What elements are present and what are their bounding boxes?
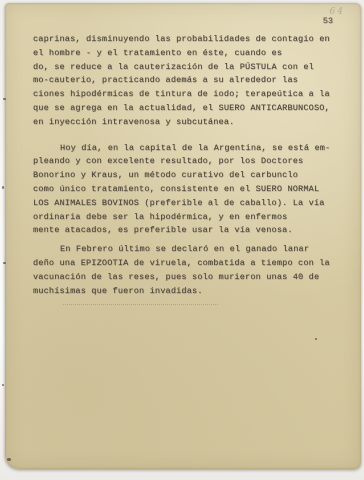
scan-background: { "page_numbers": { "handwritten": "64",… xyxy=(0,0,364,480)
scan-artifact-speck xyxy=(2,186,4,189)
paragraph-1: caprinas, disminuyendo las probabilidade… xyxy=(33,33,333,130)
text-line: caprinas, disminuyendo las probabilidade… xyxy=(33,33,333,47)
scan-artifact-speck xyxy=(3,262,6,264)
typewritten-text: caprinas, disminuyendo las probabilidade… xyxy=(33,33,333,298)
scan-artifact-speck xyxy=(7,458,11,461)
text-line: Hoy día, en la capital de la Argentina, … xyxy=(33,142,333,156)
scan-artifact-speck xyxy=(315,338,317,340)
text-line: pleando y con excelente resultado, por l… xyxy=(33,155,333,169)
paragraph-2: Hoy día, en la capital de la Argentina, … xyxy=(33,142,333,239)
text-line: que se agrega en la actualidad, el SUERO… xyxy=(33,102,333,116)
scan-artifact-speck xyxy=(3,98,6,100)
text-line: muchísimas que fueron invadidas. xyxy=(33,285,333,299)
text-line: En Febrero último se declaró en el ganad… xyxy=(33,243,333,257)
text-line: LOS ANIMALES BOVINOS (preferible al de c… xyxy=(33,197,333,211)
text-line: vacunación de las reses, pues solo murie… xyxy=(33,271,333,285)
text-line: ciones hipodérmicas de tintura de iodo; … xyxy=(33,88,333,102)
text-line: Bonorino y Kraus, un método curativo del… xyxy=(33,169,333,183)
text-line: deño una EPIZOOTIA de viruela, combatida… xyxy=(33,257,333,271)
scan-artifact-line xyxy=(63,304,218,305)
text-line: como único tratamiento, consistente en e… xyxy=(33,183,333,197)
text-line: mente atacados, es preferible usar la ví… xyxy=(33,224,333,238)
text-line: ordinaria debe ser la hipodérmica, y en … xyxy=(33,211,333,225)
paragraph-3: En Febrero último se declaró en el ganad… xyxy=(33,243,333,298)
typed-page-number: 53 xyxy=(323,16,333,26)
text-line: do, se reduce a la cauterización de la P… xyxy=(33,61,333,75)
scan-artifact-speck xyxy=(2,384,4,386)
text-line: en inyección intravenosa y subcutánea. xyxy=(33,116,333,130)
text-line: el hombre - y el tratamiento en éste, cu… xyxy=(33,47,333,61)
text-line: mo-cauterio, practicando además a su alr… xyxy=(33,74,333,88)
